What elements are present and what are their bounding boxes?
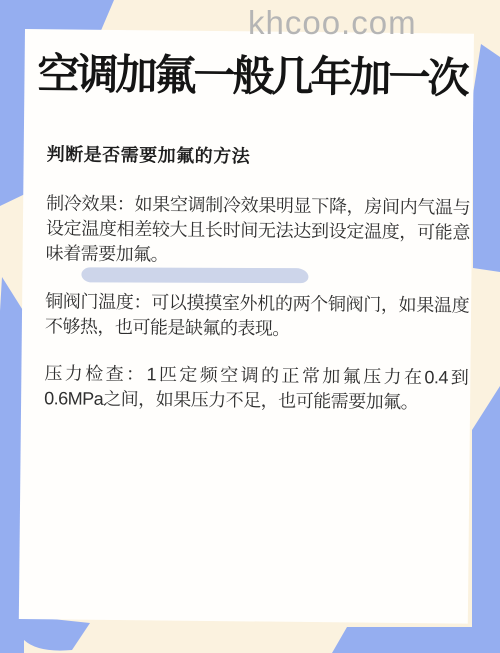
watermark: khcoo.com (248, 4, 417, 42)
page-background: khcoo.com 空调加氟一般几年加一次 判断是否需要加氟的方法 制冷效果：如… (0, 0, 500, 653)
page-title: 空调加氟一般几年加一次 (37, 51, 467, 104)
corner-hook-bottom-left (24, 616, 90, 651)
content-card: 空调加氟一般几年加一次 判断是否需要加氟的方法 制冷效果：如果空调制冷效果明显下… (19, 29, 474, 624)
paragraph-copper-valve-temperature: 铜阀门温度：可以摸摸室外机的两个铜阀门，如果温度不够热，也可能是缺氟的表现。 (45, 289, 470, 343)
edge-shape-right-top (473, 44, 500, 272)
paragraph-cooling-effect: 制冷效果：如果空调制冷效果明显下降，房间内气温与设定温度相差较大且长时间无法达到… (46, 191, 471, 270)
section-heading: 判断是否需要加氟的方法 (47, 140, 251, 168)
highlight-scribble (81, 267, 308, 283)
paragraph-pressure-check: 压力检查：1匹定频空调的正常加氟压力在0.4到0.6MPa之间，如果压力不足，也… (44, 361, 469, 415)
